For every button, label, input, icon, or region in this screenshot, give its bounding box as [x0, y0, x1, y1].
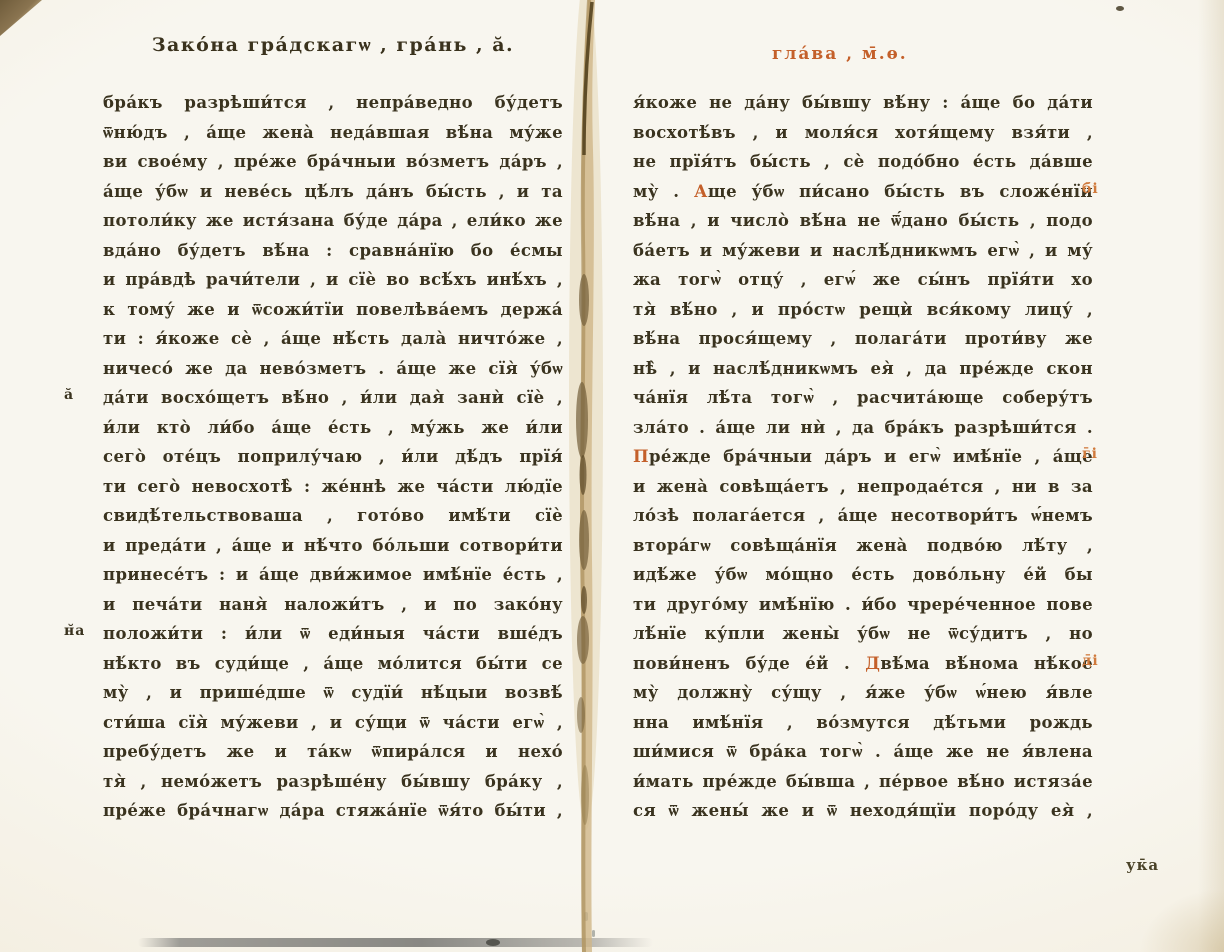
- text-line: зла́то . а́ще ли нѝ , да бра́къ разрѣши́…: [633, 413, 1093, 443]
- left-text-block: бра́къ разрѣши́тся , непра́ведно бу́детъ…: [103, 88, 563, 826]
- text-segment: му̀ .: [633, 182, 694, 201]
- text-line: ся ѿ жены́ же и ѿ неходя́щїи поро́ду ея̀…: [633, 796, 1093, 826]
- text-line: свидѣ́тельствоваша , гото́во имѣ́ти сїѐ: [103, 501, 563, 531]
- margin-numeral: б̄і: [1082, 181, 1099, 197]
- text-line: и пра́вдѣ рачи́тели , и сїѐ во всѣ́хъ ин…: [103, 265, 563, 295]
- text-line: му̀ , и прише́дше ѿ судїи́ нѣ́цыи возвѣ́: [103, 678, 563, 708]
- left-marginalia: ӑн̆а: [64, 88, 98, 888]
- text-line: сти́ша сїя̀ му́жеви , и су́щи ѿ ча́сти е…: [103, 708, 563, 738]
- text-line: нѣ́кто въ суди́ще , а́ще мо́лится бы́ти …: [103, 649, 563, 679]
- text-line: пребу́детъ же и та́кѡ ѿпира́лся и нехо́: [103, 737, 563, 767]
- margin-numeral: д̄і: [1082, 653, 1099, 669]
- text-line: ти сего̀ невосхотѣ̀ : же́ннѣ же ча́сти л…: [103, 472, 563, 502]
- text-line: и преда́ти , а́ще и нѣ́что бо́льши сотво…: [103, 531, 563, 561]
- left-running-head: Зако́на гра́дскагѡ , гра́нь , ӑ.: [103, 34, 563, 57]
- text-line: Пре́жде бра́чныи да́ръ и егѡ̀ имѣ́нїе , …: [633, 442, 1093, 472]
- paper-speck: [1116, 6, 1124, 11]
- text-line: идѣ́же у́бѡ мо́щно е́сть дово́льну е́й б…: [633, 560, 1093, 590]
- text-line: му̀ должну̀ су́щу , я́же у́бѡ ѡ́нею я́вл…: [633, 678, 1093, 708]
- text-line: втора́гѡ совѣща́нїя жена̀ подво́ю лѣ́ту …: [633, 531, 1093, 561]
- text-line: жа тогѡ̀ отцу́ , егѡ́ же сы́нъ прїя́ти х…: [633, 265, 1093, 295]
- rubric-initial: П: [633, 447, 649, 466]
- text-line: и́ли кто̀ ли́бо а́ще е́сть , му́жь же и́…: [103, 413, 563, 443]
- text-line: потоли́ку же истя́зана бу́де да́ра , ели…: [103, 206, 563, 236]
- text-line: а́ще у́бѡ и неве́сь цѣ́лъ да́нъ бы́сть ,…: [103, 177, 563, 207]
- text-line: пови́ненъ бу́де е́й . Двѣ́ма вѣ́нома нѣ́…: [633, 649, 1093, 679]
- page-corner-shadow: [0, 0, 42, 36]
- margin-numeral: г̄і: [1082, 446, 1098, 462]
- left-page: Зако́на гра́дскагѡ , гра́нь , ӑ. бра́къ …: [103, 0, 563, 952]
- right-text-block: я́коже не да́ну бы́вшу вѣ́ну : а́ще бо д…: [633, 88, 1093, 826]
- text-line: ѿню́дъ , а́ще жена̀ неда́вшая вѣ́на му́ж…: [103, 118, 563, 148]
- right-running-head: гла́ва , м̄.ѳ.: [772, 44, 1092, 64]
- text-line: лѣ́нїе ку́пли жены̀ у́бѡ не ѿсу́дитъ , н…: [633, 619, 1093, 649]
- page-edge-shading: [1198, 0, 1224, 952]
- text-line: нна имѣ́нїя , во́змутся дѣ́тьми рождь: [633, 708, 1093, 738]
- text-line: тя̀ , немо́жетъ разрѣше́ну бы́вшу бра́ку…: [103, 767, 563, 797]
- right-page: гла́ва , м̄.ѳ. я́коже не да́ну бы́вшу вѣ…: [633, 0, 1093, 952]
- right-marginalia: б̄іг̄ід̄і: [1082, 88, 1122, 888]
- page-corner-tan: [1104, 862, 1224, 952]
- text-line: нѣ̀ , и наслѣ́дникѡмъ ея̀ , да пре́жде с…: [633, 354, 1093, 384]
- book-scan: Зако́на гра́дскагѡ , гра́нь , ӑ. бра́къ …: [0, 0, 1224, 952]
- margin-numeral: ӑ: [64, 387, 74, 403]
- text-line: ничесо́ же да нево́зметъ . а́ще же сїя̀ …: [103, 354, 563, 384]
- text-segment: ще у́бѡ пи́сано бы́сть въ сложе́нїи: [708, 182, 1093, 201]
- text-line: да́ти восхо́щетъ вѣ́но , и́ли дая̀ занѝ …: [103, 383, 563, 413]
- text-line: не прїя́тъ бы́сть , сѐ подо́бно е́сть да…: [633, 147, 1093, 177]
- text-line: и́мать пре́жде бы́вша , пе́рвое вѣ́но ис…: [633, 767, 1093, 797]
- text-segment: ре́жде бра́чныи да́ръ и егѡ̀ имѣ́нїе , а…: [649, 447, 1093, 466]
- text-line: му̀ . Аще у́бѡ пи́сано бы́сть въ сложе́н…: [633, 177, 1093, 207]
- text-line: тя̀ вѣ́но , и про́стѡ рещѝ вся́кому лицу…: [633, 295, 1093, 325]
- margin-numeral: н̆а: [64, 623, 85, 639]
- text-line: ча́нїя лѣ́та тогѡ̀ , расчита́юще соберу́…: [633, 383, 1093, 413]
- text-line: ло́зѣ полага́ется , а́ще несотвори́тъ ѡ́…: [633, 501, 1093, 531]
- rubric-initial: Д: [865, 654, 880, 673]
- text-line: положи́ти : и́ли ѿ еди́ныя ча́сти вше́дъ: [103, 619, 563, 649]
- text-line: ти : я́коже сѐ , а́ще нѣ́сть дала̀ ничто…: [103, 324, 563, 354]
- rubric-initial: А: [694, 182, 708, 201]
- text-segment: вѣ́ма вѣ́нома нѣ́кое: [880, 654, 1093, 673]
- text-line: вѣ́на , и число̀ вѣ́на не ѿ́дано бы́сть …: [633, 206, 1093, 236]
- text-line: и жена̀ совѣща́етъ , непродае́тся , ни в…: [633, 472, 1093, 502]
- text-line: пре́же бра́чнагѡ да́ра стяжа́нїе ѿя́то б…: [103, 796, 563, 826]
- text-line: я́коже не да́ну бы́вшу вѣ́ну : а́ще бо д…: [633, 88, 1093, 118]
- text-line: ти друго́му имѣ́нїю . и́бо чрере́ченное …: [633, 590, 1093, 620]
- text-line: восхотѣ́въ , и моля́ся хотя́щему взя́ти …: [633, 118, 1093, 148]
- text-line: ба́етъ и му́жеви и наслѣ́дникѡмъ егѡ̀ , …: [633, 236, 1093, 266]
- text-line: вѣ́на прося́щему , полага́ти проти́ву же: [633, 324, 1093, 354]
- text-segment: пови́ненъ бу́де е́й .: [633, 654, 865, 673]
- text-line: ши́мися ѿ бра́ка тогѡ̀ . а́ще же не я́вл…: [633, 737, 1093, 767]
- text-line: и печа́ти наня̀ наложи́тъ , и по зако́ну: [103, 590, 563, 620]
- text-line: принесе́тъ : и а́ще дви́жимое имѣ́нїе е́…: [103, 560, 563, 590]
- text-line: вда́но бу́детъ вѣ́на : сравна́нїю бо е́с…: [103, 236, 563, 266]
- folio-number: ук̄а: [1126, 856, 1159, 874]
- text-line: сего̀ оте́цъ поприлу́чаю , и́ли дѣ́дъ пр…: [103, 442, 563, 472]
- text-line: бра́къ разрѣши́тся , непра́ведно бу́детъ: [103, 88, 563, 118]
- text-line: ви свое́му , пре́же бра́чныи во́зметъ да…: [103, 147, 563, 177]
- text-line: к тому́ же и ѿсожи́тїи повелѣва́емъ держ…: [103, 295, 563, 325]
